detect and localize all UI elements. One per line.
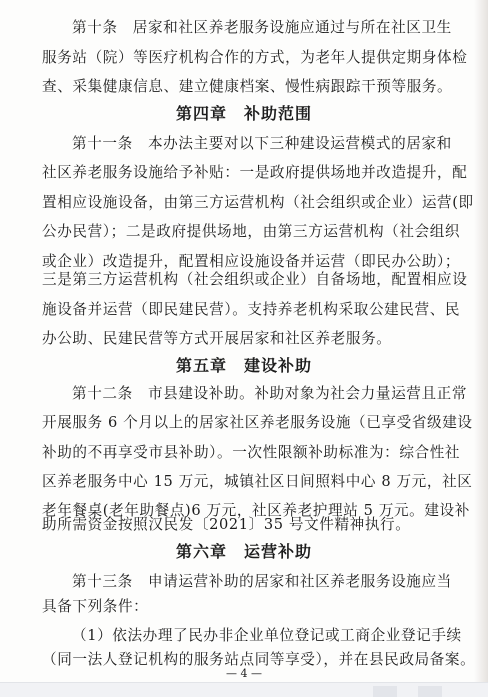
article-12-line: 第十二条 市县建设补助。补助对象为社会力量运营且正常 (72, 384, 464, 404)
article-12-line: 补助的不再享受市县补助）。一次性限额补助标准为：综合性社 (42, 443, 464, 463)
scan-edge-shadow (474, 0, 488, 682)
article-13-line: 具备下列条件： (42, 597, 464, 617)
article-12-line: 助所需资金按照汉民发〔2021〕35 号文件精神执行。 (42, 515, 464, 535)
page-number: — 4 — (0, 667, 488, 680)
article-11-line: 第十一条 本办法主要对以下三种建设运营模式的居家和 (72, 134, 464, 154)
article-11-line: 施设备并运营（即民建民营）。支持养老机构采取公建民营、民 (42, 300, 464, 320)
item-1-line: （1）依法办理了民办非企业单位登记或工商企业登记手续 (72, 626, 464, 646)
chapter-4-heading: 第四章 补助范围 (0, 104, 488, 124)
viewer-button[interactable] (418, 686, 442, 697)
article-11-line: 三是第三方运营机构（社会组织或企业）自备场地，配置相应设 (42, 270, 464, 290)
chapter-6-heading: 第六章 运营补助 (0, 542, 488, 562)
article-11-line: 置相应设施设备，由第三方运营机构（社会组织或企业）运营(即 (42, 193, 464, 213)
article-12-line: 开展服务 6 个月以上的居家社区养老服务设施（已享受省级建设 (42, 413, 464, 433)
article-11-line: 公办民营）；二是政府提供场地，由第三方运营机构（社会组织 (42, 222, 464, 242)
article-12-line: 区养老服务中心 15 万元，城镇社区日间照料中心 8 万元，社区 (42, 472, 464, 492)
article-10-line: 查、采集健康信息、建立健康档案、慢性病跟踪干预等服务。 (42, 77, 464, 97)
article-11-line: 办公助、民建民营等方式开展居家和社区养老服务。 (42, 329, 464, 349)
article-10-line: 服务站（院）等医疗机构合作的方式，为老年人提供定期身体检 (42, 48, 464, 68)
document-page: 第十条 居家和社区养老服务设施应通过与所在社区卫生 服务站（院）等医疗机构合作的… (0, 0, 488, 682)
viewer-bottom-bar (0, 682, 488, 697)
article-13-line: 第十三条 申请运营补助的居家和社区养老服务设施应当 (72, 572, 464, 592)
article-10-line: 第十条 居家和社区养老服务设施应通过与所在社区卫生 (72, 18, 464, 38)
article-11-line: 或企业）改造提升，配置相应设施设备并运营（即民办公助）； (42, 252, 464, 272)
article-11-line: 社区养老服务设施给予补贴：一是政府提供场地并改造提升，配 (42, 163, 464, 183)
chapter-5-heading: 第五章 建设补助 (0, 356, 488, 376)
viewer-button[interactable] (373, 686, 397, 697)
